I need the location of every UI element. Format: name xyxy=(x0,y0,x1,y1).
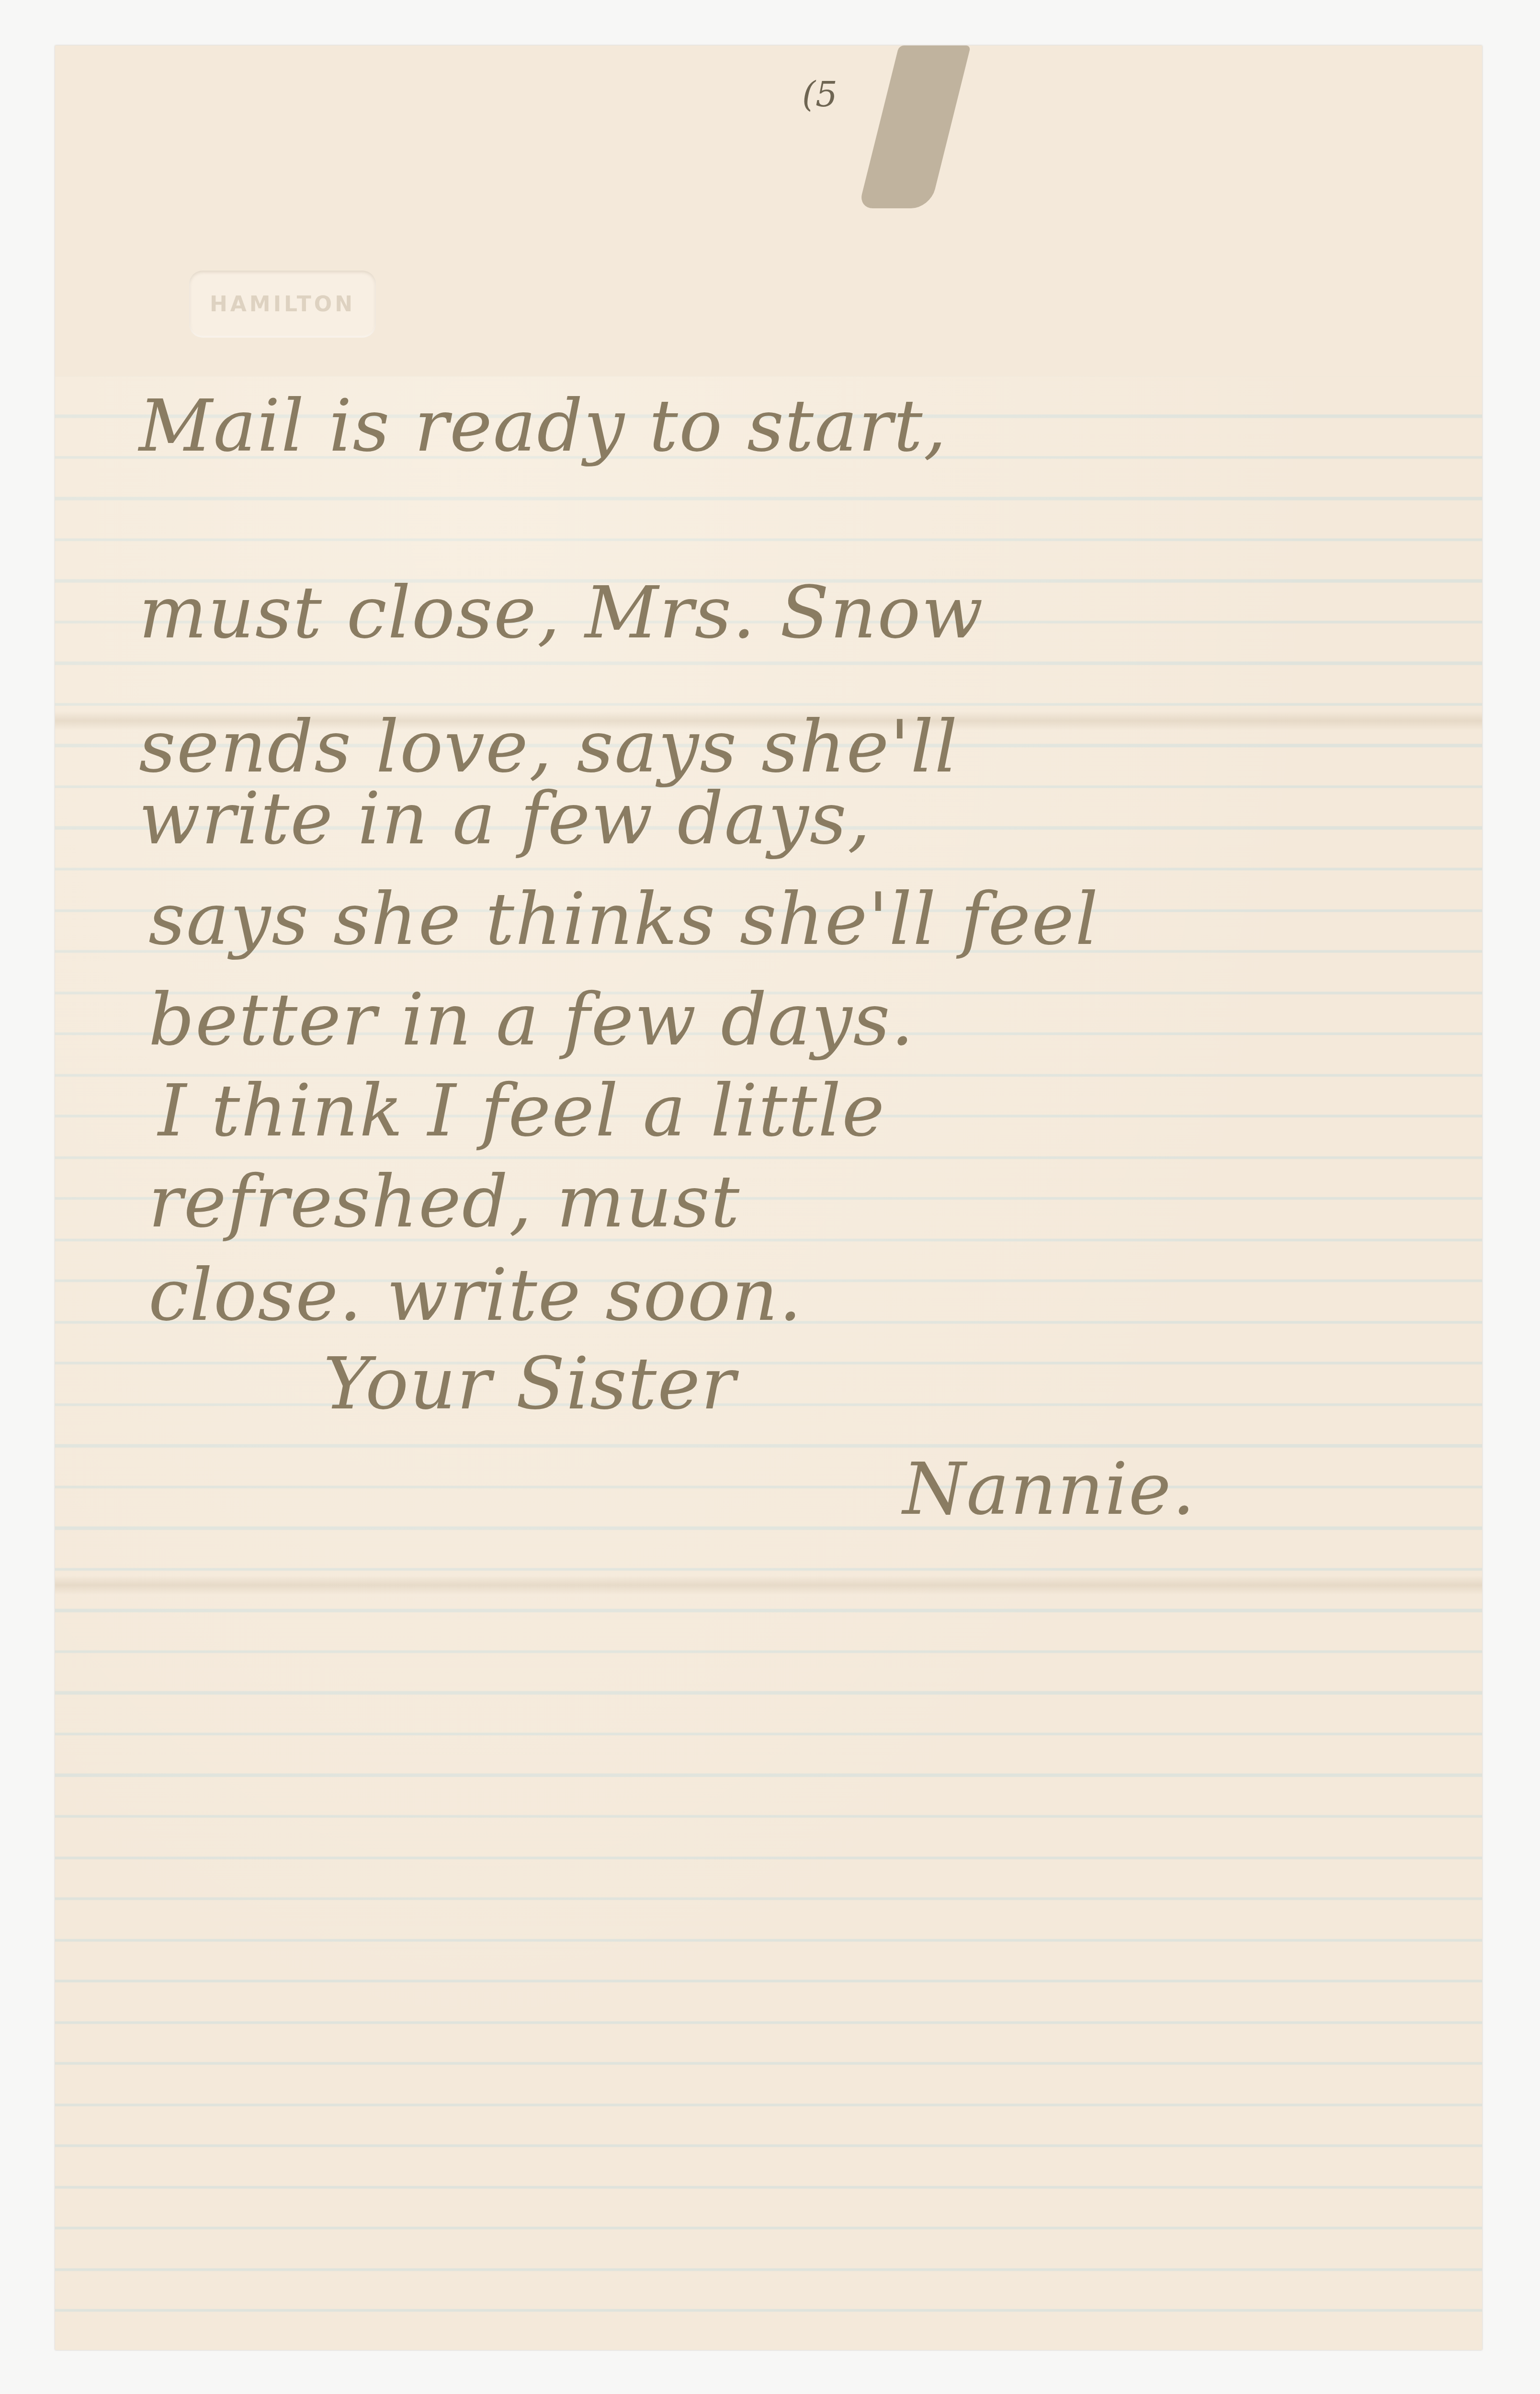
letter-page: (5 HAMILTON Mail is ready to start, must… xyxy=(55,45,1482,2350)
fold-crease xyxy=(55,1576,1482,1595)
letter-line: says she thinks she'll feel xyxy=(148,884,1099,955)
embossed-stamp: HAMILTON xyxy=(189,271,376,338)
letter-line: refreshed, must xyxy=(148,1166,740,1238)
letter-closing: Your Sister xyxy=(323,1348,736,1420)
letter-line: Mail is ready to start, xyxy=(139,390,947,462)
letter-line: write in a few days, xyxy=(139,783,871,855)
letter-line: sends love, says she'll xyxy=(139,711,959,783)
letter-line: better in a few days. xyxy=(148,984,915,1056)
letter-line: close. write soon. xyxy=(148,1259,803,1331)
letter-signature: Nannie. xyxy=(903,1453,1196,1525)
ink-stain xyxy=(859,45,971,208)
letter-line: must close, Mrs. Snow xyxy=(139,577,984,649)
page-marker: (5 xyxy=(802,74,838,114)
letter-line: I think I feel a little xyxy=(158,1075,885,1147)
